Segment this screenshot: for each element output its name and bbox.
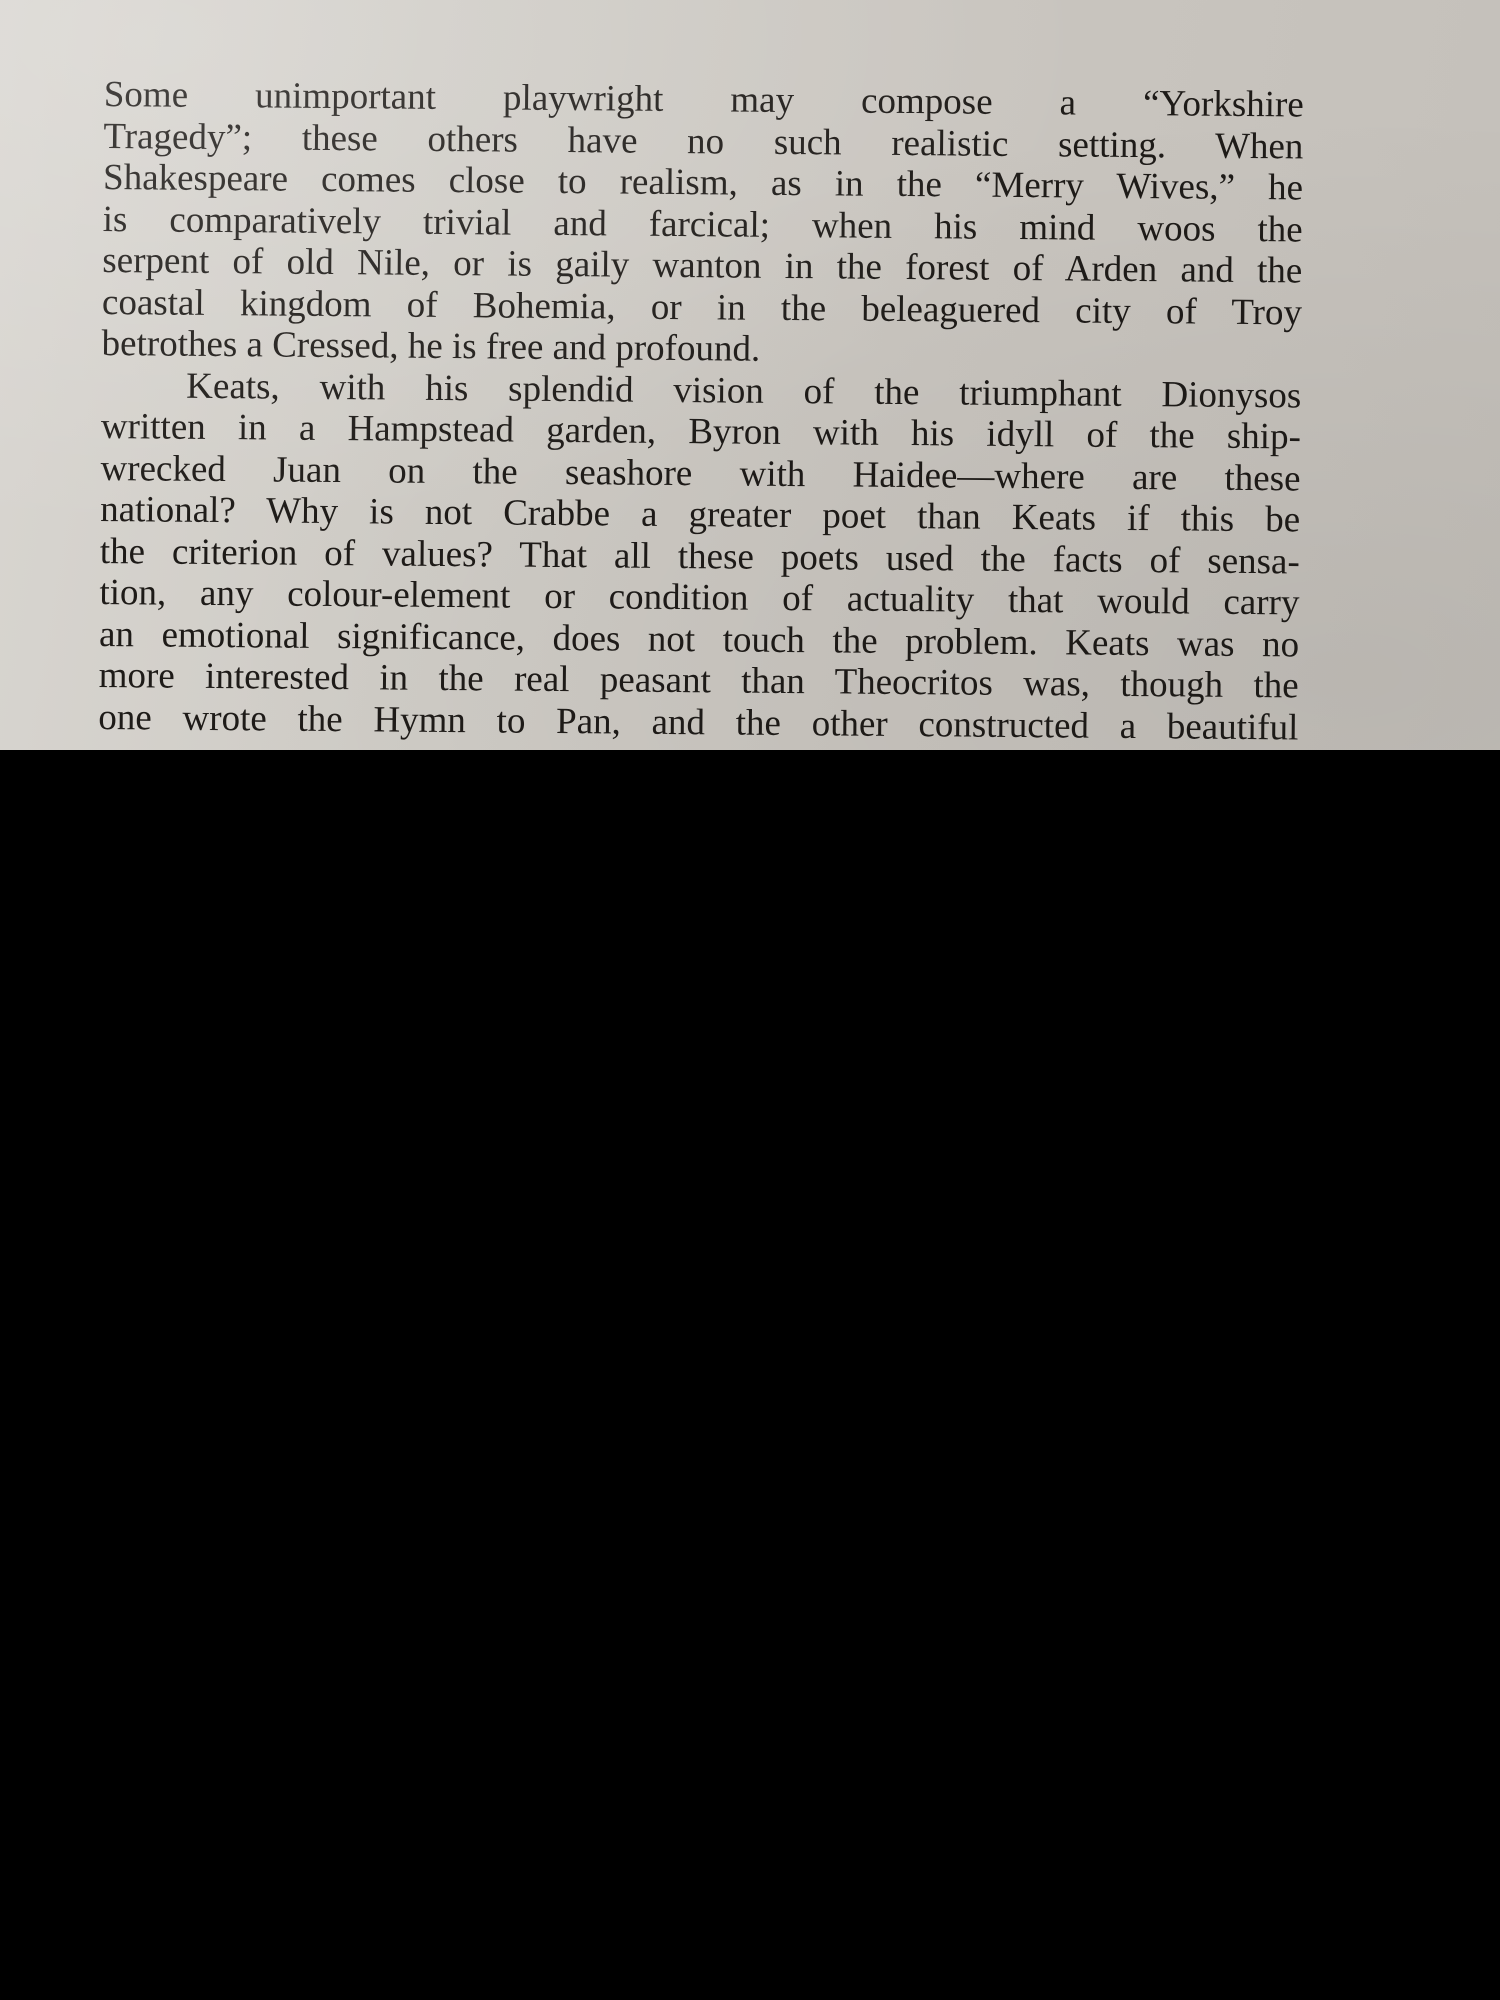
occluded-region xyxy=(0,750,1500,2000)
book-page: Some unimportant playwright may compose … xyxy=(0,0,1500,750)
body-text: Some unimportant playwright may compose … xyxy=(98,74,1304,748)
paragraph-2: Keats, with his splendid vision of the t… xyxy=(98,364,1301,748)
paragraph-1: Some unimportant playwright may compose … xyxy=(101,74,1303,375)
